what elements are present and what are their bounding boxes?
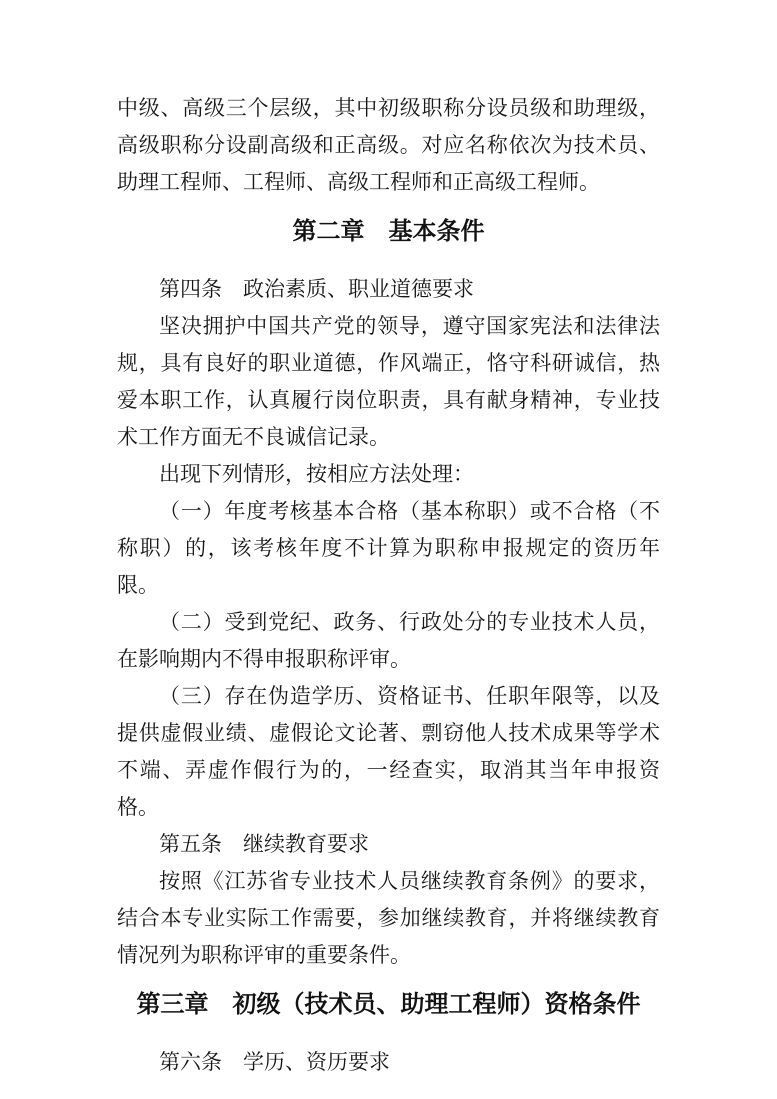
list-item-3: （三）存在伪造学历、资格证书、任职年限等，以及提供虚假业绩、虚假论文论著、剽窃他… — [117, 678, 660, 826]
handling-intro-paragraph: 出现下列情形，按相应方法处理： — [117, 456, 660, 493]
article-4-title: 第四条 政治素质、职业道德要求 — [117, 271, 660, 308]
article-5-body: 按照《江苏省专业技术人员继续教育条例》的要求，结合本专业实际工作需要，参加继续教… — [117, 863, 660, 974]
article-5-title: 第五条 继续教育要求 — [117, 826, 660, 863]
document-page: 中级、高级三个层级，其中初级职称分设员级和助理级，高级职称分设副高级和正高级。对… — [0, 0, 777, 1099]
chapter-2-heading: 第二章 基本条件 — [117, 211, 660, 253]
list-item-2: （二）受到党纪、政务、行政处分的专业技术人员，在影响期内不得申报职称评审。 — [117, 604, 660, 678]
chapter-3-heading: 第三章 初级（技术员、助理工程师）资格条件 — [117, 984, 660, 1026]
article-4-body: 坚决拥护中国共产党的领导，遵守国家宪法和法律法规，具有良好的职业道德，作风端正，… — [117, 308, 660, 456]
list-item-1: （一）年度考核基本合格（基本称职）或不合格（不称职）的，该考核年度不计算为职称申… — [117, 493, 660, 604]
continuation-paragraph: 中级、高级三个层级，其中初级职称分设员级和助理级，高级职称分设副高级和正高级。对… — [117, 90, 660, 201]
article-6-title: 第六条 学历、资历要求 — [117, 1044, 660, 1081]
